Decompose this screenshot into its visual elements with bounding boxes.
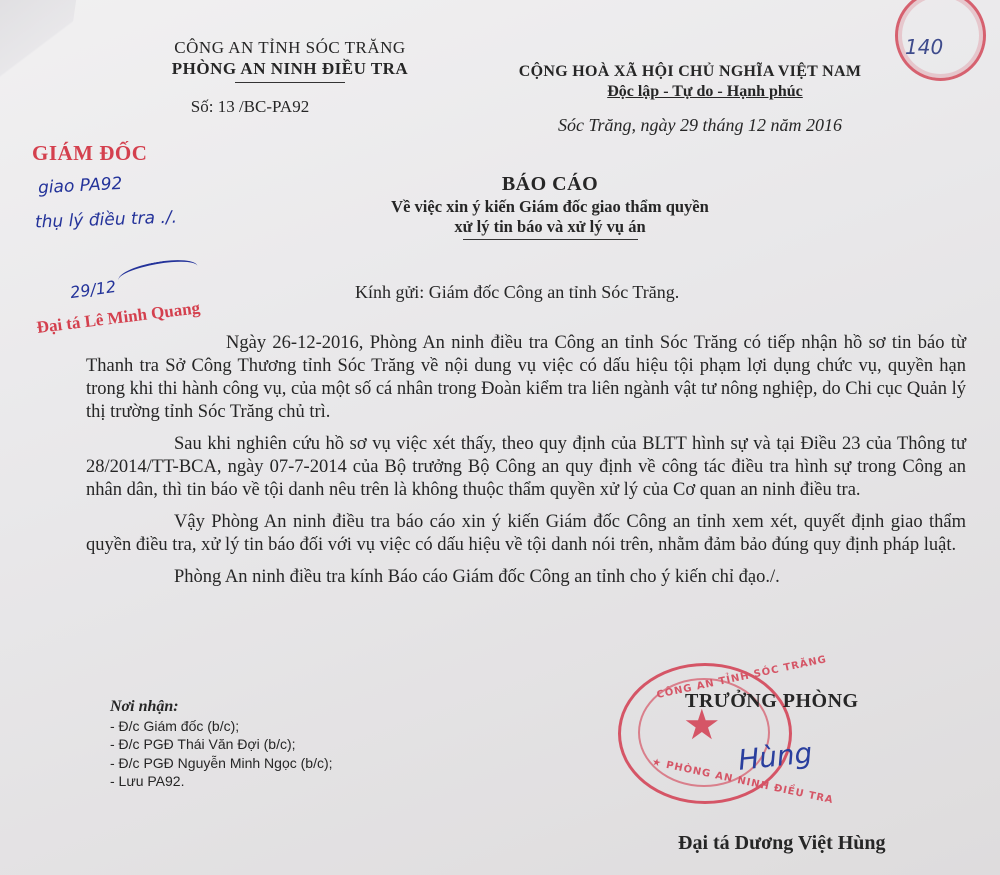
handwritten-instruction-line1: giao PA92: [38, 174, 123, 198]
header-divider: [235, 82, 345, 83]
nation-name: CỘNG HOÀ XÃ HỘI CHỦ NGHĨA VIỆT NAM: [505, 63, 875, 81]
agency-name: CÔNG AN TỈNH SÓC TRĂNG: [100, 38, 480, 58]
signer-name: Đại tá Dương Việt Hùng: [678, 832, 886, 855]
distribution-item: - Đ/c PGĐ Nguyễn Minh Ngọc (b/c);: [110, 754, 333, 773]
distribution-item: - Đ/c PGĐ Thái Văn Đợi (b/c);: [110, 735, 333, 754]
distribution-list: Nơi nhận: - Đ/c Giám đốc (b/c); - Đ/c PG…: [110, 698, 333, 791]
handwritten-signature: Hùng: [736, 736, 813, 777]
handwritten-date: 29/12: [69, 277, 117, 302]
body-paragraph: Ngày 26-12-2016, Phòng An ninh điều tra …: [86, 332, 966, 424]
distribution-list-title: Nơi nhận:: [110, 698, 333, 717]
national-motto: Độc lập - Tự do - Hạnh phúc: [535, 83, 875, 101]
issuing-agency-header: CÔNG AN TỈNH SÓC TRĂNG PHÒNG AN NINH ĐIỀ…: [100, 38, 480, 117]
recipient-line: Kính gửi: Giám đốc Công an tỉnh Sóc Trăn…: [355, 282, 679, 303]
national-header: CỘNG HOÀ XÃ HỘI CHỦ NGHĨA VIỆT NAM Độc l…: [505, 63, 875, 136]
distribution-item: - Đ/c Giám đốc (b/c);: [110, 717, 333, 736]
body-paragraph: Sau khi nghiên cứu hồ sơ vụ việc xét thấ…: [86, 433, 966, 502]
signer-position: TRƯỞNG PHÒNG: [685, 690, 859, 713]
received-stamp-number: 140: [905, 35, 943, 59]
title-divider: [463, 239, 638, 240]
handwritten-instruction-line2: thụ lý điều tra ./.: [35, 208, 178, 233]
body-paragraph: Phòng An ninh điều tra kính Báo cáo Giám…: [86, 566, 966, 589]
document-subject-line2: xử lý tin báo và xử lý vụ án: [300, 217, 800, 237]
department-name: PHÒNG AN NINH ĐIỀU TRA: [100, 59, 480, 79]
place-and-date: Sóc Trăng, ngày 29 tháng 12 năm 2016: [525, 115, 875, 136]
body-paragraph: Vậy Phòng An ninh điều tra báo cáo xin ý…: [86, 511, 966, 557]
director-annotation-title: GIÁM ĐỐC: [32, 141, 147, 166]
document-type: BÁO CÁO: [300, 173, 800, 196]
handwritten-signature-flourish: [117, 255, 200, 291]
document-subject-line1: Về việc xin ý kiến Giám đốc giao thẩm qu…: [300, 197, 800, 217]
distribution-item: - Lưu PA92.: [110, 772, 333, 791]
document-title-block: BÁO CÁO Về việc xin ý kiến Giám đốc giao…: [300, 173, 800, 240]
report-body: Ngày 26-12-2016, Phòng An ninh điều tra …: [86, 332, 966, 598]
document-number: Số: 13 /BC-PA92: [20, 97, 480, 117]
